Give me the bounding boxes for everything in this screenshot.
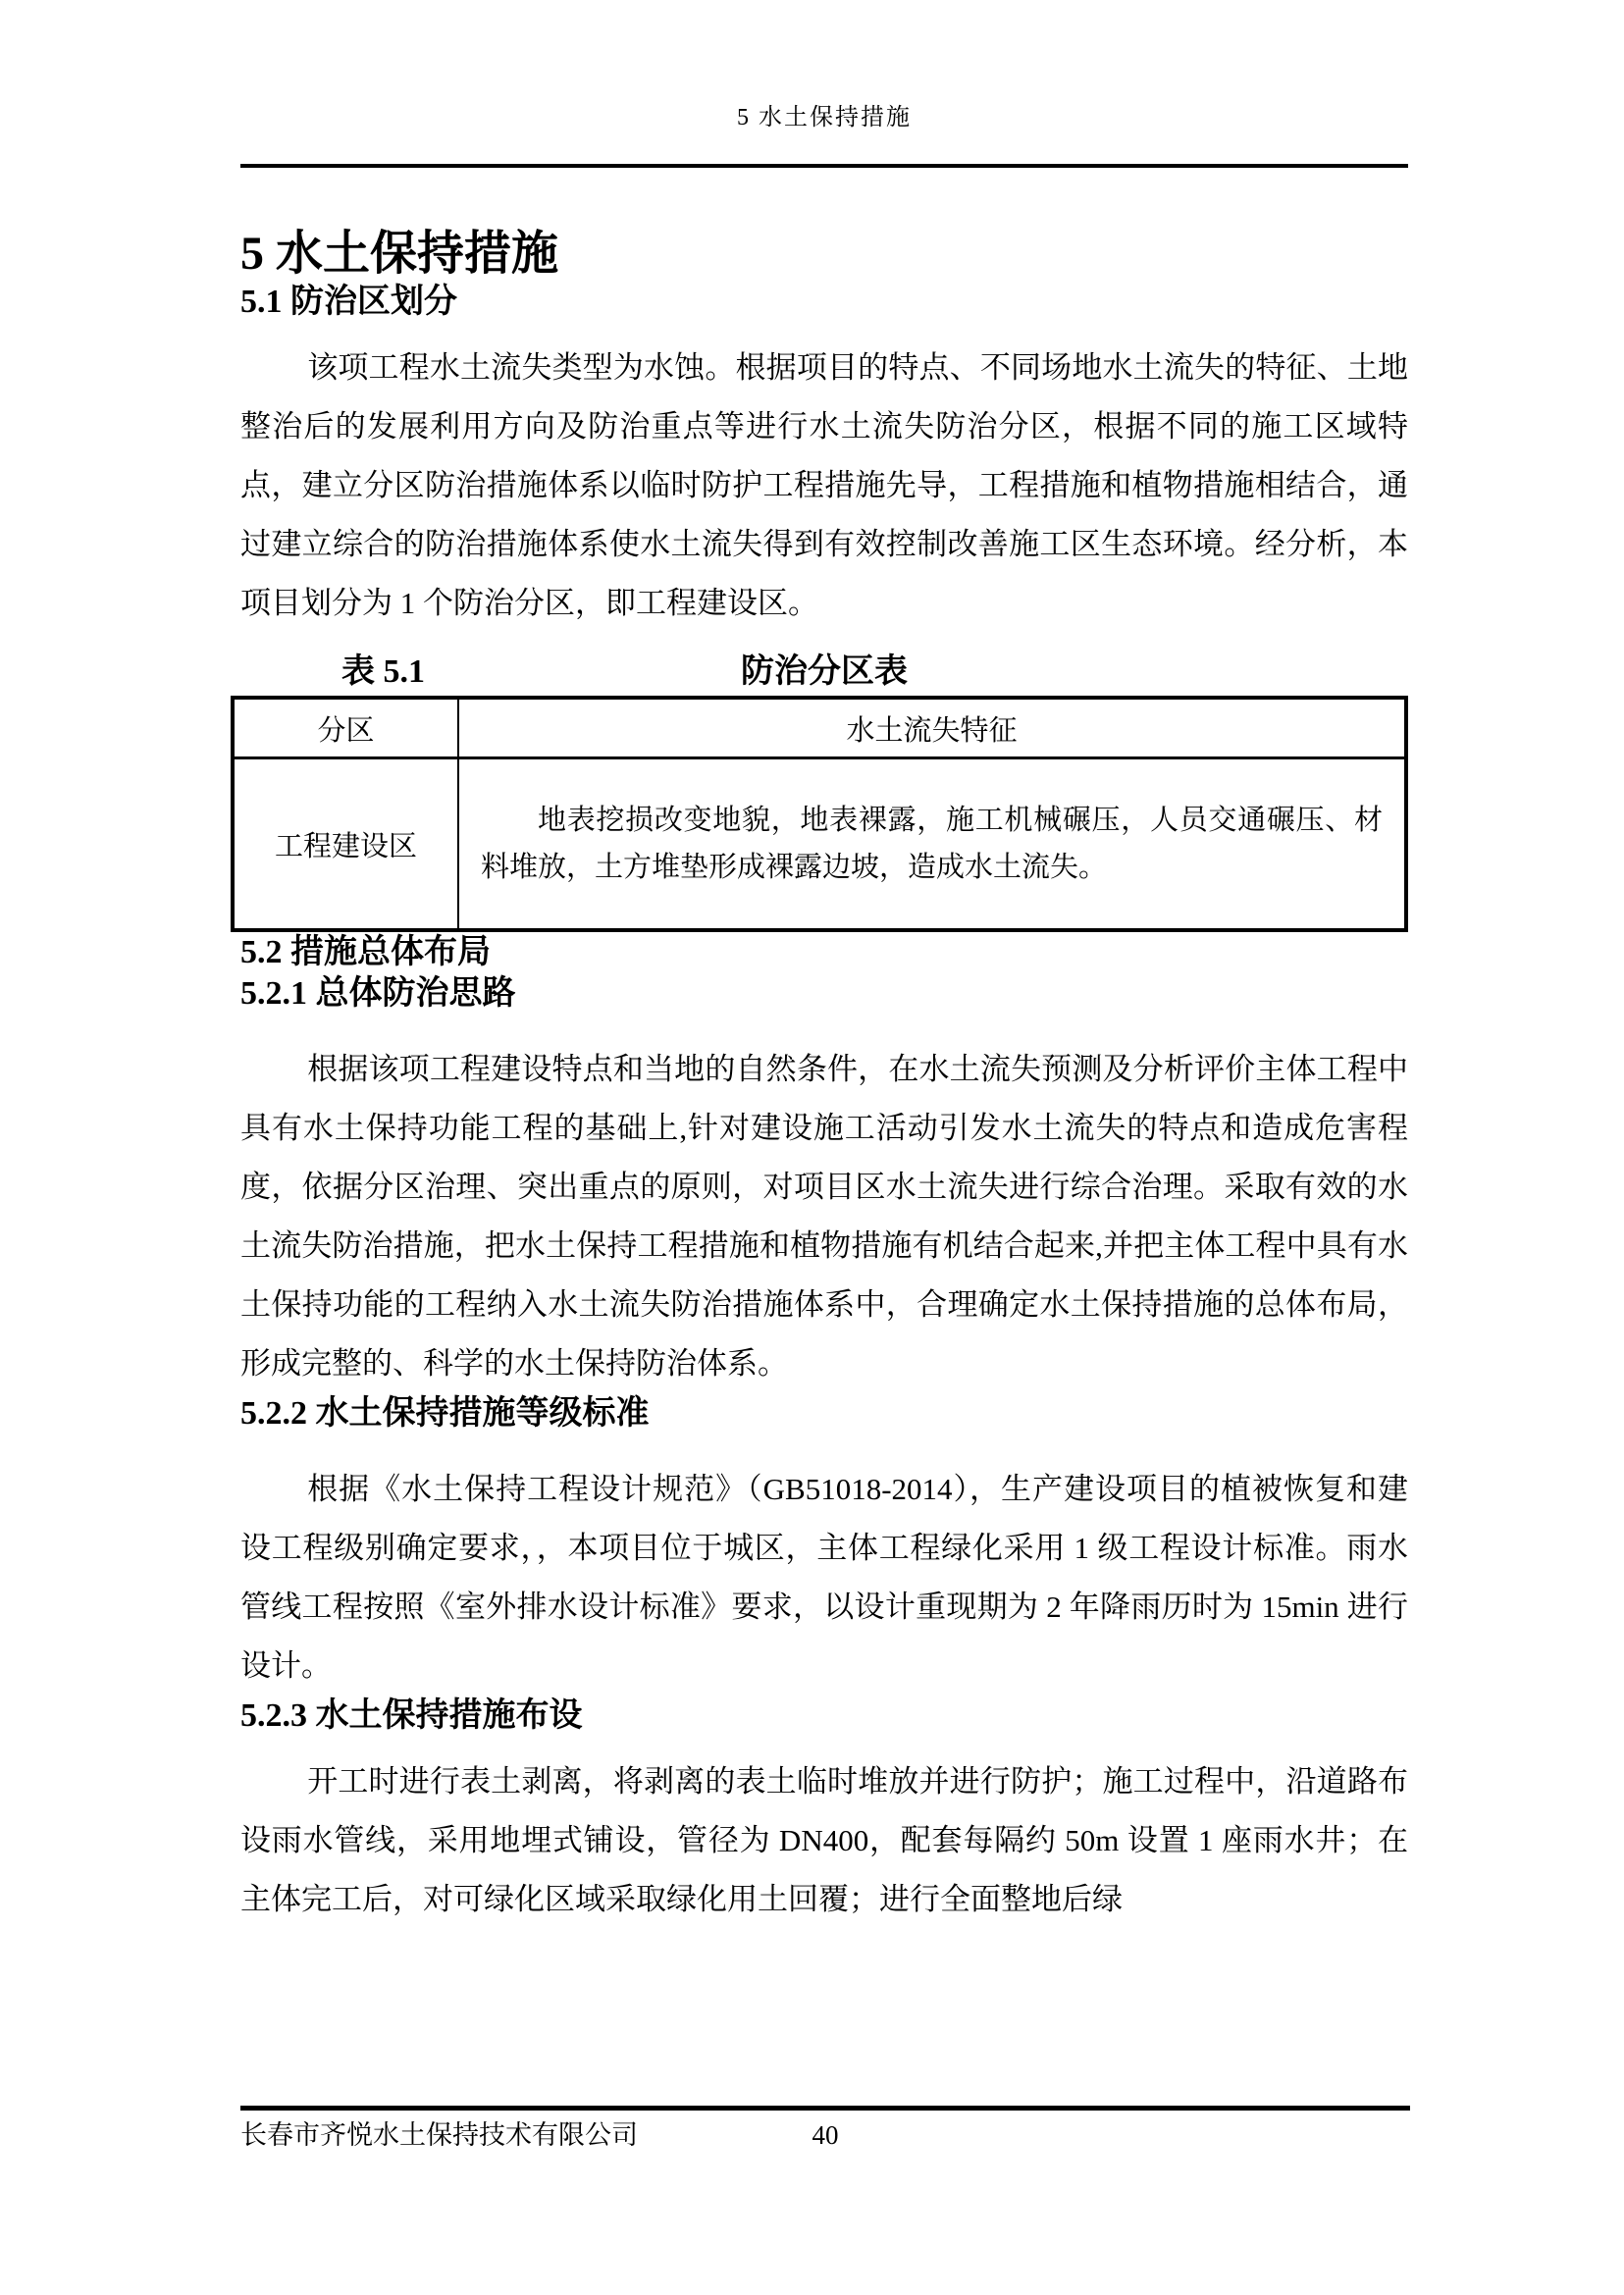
prevention-zone-table: 分区 水土流失特征 工程建设区 地表挖损改变地貌，地表裸露，施工机械碾压，人员交… xyxy=(231,696,1408,932)
section-5-2-2-heading: 5.2.2 水土保持措施等级标准 xyxy=(240,1393,1408,1434)
section-5-2-1-paragraph: 根据该项工程建设特点和当地的自然条件，在水土流失预测及分析评价主体工程中具有水土… xyxy=(240,1040,1408,1393)
table-header-row: 分区 水土流失特征 xyxy=(233,698,1406,758)
table-caption: 表 5.1 防治分区表 xyxy=(240,652,1408,692)
table-cell-zone: 工程建设区 xyxy=(233,758,458,931)
table-cell-feature: 地表挖损改变地貌，地表裸露，施工机械碾压，人员交通碾压、材料堆放，土方堆垫形成裸… xyxy=(458,758,1406,931)
document-page: 5 水土保持措施 5 水土保持措施 5.1 防治区划分 该项工程水土流失类型为水… xyxy=(0,0,1624,2295)
chapter-title: 5 水土保持措施 xyxy=(240,227,1408,282)
page-footer: 长春市齐悦水土保持技术有限公司 40 xyxy=(240,2106,1410,2152)
section-5-2-1-heading: 5.2.1 总体防治思路 xyxy=(240,973,1408,1015)
footer-row: 长春市齐悦水土保持技术有限公司 40 xyxy=(240,2111,1410,2152)
footer-company: 长春市齐悦水土保持技术有限公司 xyxy=(240,2120,638,2150)
section-5-2-3-heading: 5.2.3 水土保持措施布设 xyxy=(240,1695,1408,1737)
section-5-2-heading: 5.2 措施总体布局 xyxy=(240,932,1408,973)
section-5-1-paragraph: 该项工程水土流失类型为水蚀。根据项目的特点、不同场地水土流失的特征、土地整治后的… xyxy=(240,339,1408,633)
table-row: 工程建设区 地表挖损改变地貌，地表裸露，施工机械碾压，人员交通碾压、材料堆放，土… xyxy=(233,758,1406,931)
table-caption-title: 防治分区表 xyxy=(741,653,908,690)
running-header: 5 水土保持措施 xyxy=(240,103,1408,132)
header-rule xyxy=(240,164,1408,168)
footer-page-number: 40 xyxy=(812,2118,839,2152)
section-5-2-3-paragraph: 开工时进行表土剥离，将剥离的表土临时堆放并进行防护；施工过程中，沿道路布设雨水管… xyxy=(240,1752,1408,1929)
table-header-feature: 水土流失特征 xyxy=(458,698,1406,758)
section-5-2-2-paragraph: 根据《水土保持工程设计规范》（GB51018-2014），生产建设项目的植被恢复… xyxy=(240,1460,1408,1695)
table-header-zone: 分区 xyxy=(233,698,458,758)
table-caption-label: 表 5.1 xyxy=(341,652,425,692)
section-5-1-heading: 5.1 防治区划分 xyxy=(240,282,1408,323)
